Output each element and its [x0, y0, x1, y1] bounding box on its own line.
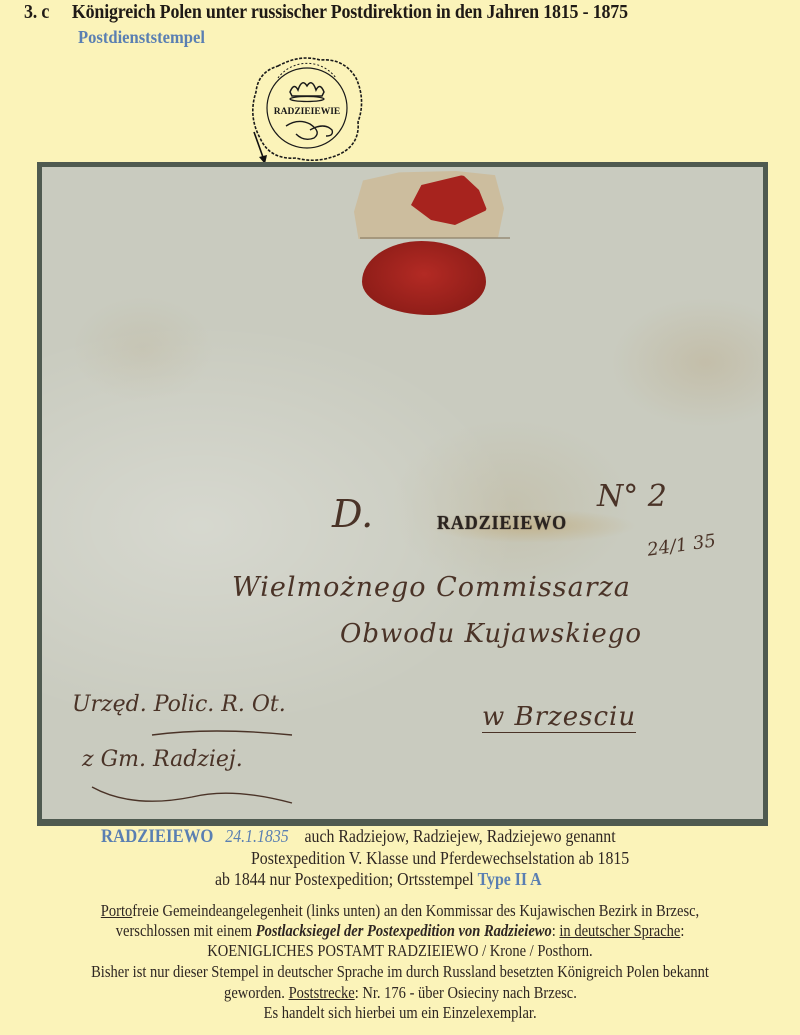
page-subtitle: Postdienststempel	[78, 27, 205, 48]
description-line-4: Bisher ist nur dieser Stempel in deutsch…	[0, 962, 800, 982]
arrow-icon	[250, 130, 270, 166]
handwritten-number: N° 2	[597, 479, 667, 514]
description-line-6: Es handelt sich hierbei um ein Einzelexe…	[0, 1003, 800, 1023]
handwritten-date: 24/1 35	[646, 530, 717, 560]
address-line-3: w Brzesciu	[482, 702, 636, 733]
description-line-1: Portofreie Gemeindeangelegenheit (links …	[0, 901, 800, 921]
title-text: Königreich Polen unter russischer Postdi…	[72, 2, 628, 23]
handwriting-flourish	[72, 717, 392, 817]
note-line-1: Urzęd. Polic. R. Ot.	[72, 692, 286, 717]
caption-line-2: Postexpedition V. Klasse und Pferdewechs…	[251, 848, 629, 869]
alt-names: auch Radziejow, Radziejew, Radziejewo ge…	[305, 826, 616, 846]
seal-crack	[360, 237, 510, 239]
address-initial: D.	[332, 492, 373, 536]
letter-cover: RADZIEIEWO N° 2 24/1 35 D. Wielmożnego C…	[42, 167, 763, 819]
type-label: Type II A	[478, 869, 542, 889]
description-line-5: geworden. Poststrecke: Nr. 176 - über Os…	[0, 983, 800, 1003]
address-line-1: Wielmożnego Commissarza	[232, 572, 631, 603]
page-title: 3. cKönigreich Polen unter russischer Po…	[24, 2, 628, 24]
caption-line-1: RADZIEIEWO 24.1.1835 auch Radziejow, Rad…	[101, 826, 616, 848]
postmark-stamp: RADZIEIEWO	[437, 512, 567, 535]
address-line-2: Obwodu Kujawskiego	[340, 619, 642, 649]
date: 24.1.1835	[225, 826, 288, 846]
place-name: RADZIEIEWO	[101, 826, 213, 847]
caption-line-3: ab 1844 nur Postexpedition; Ortsstempel …	[215, 869, 542, 890]
description-line-3: KOENIGLICHES POSTAMT RADZIEIEWO / Krone …	[0, 941, 800, 961]
posthorn-icon	[286, 121, 332, 139]
svg-text:RADZIEIEWIE: RADZIEIEWIE	[274, 107, 341, 117]
description-line-2: verschlossen mit einem Postlacksiegel de…	[0, 921, 800, 941]
crown-icon	[290, 83, 324, 102]
section-number: 3. c	[24, 2, 72, 24]
wax-seal	[362, 241, 486, 315]
